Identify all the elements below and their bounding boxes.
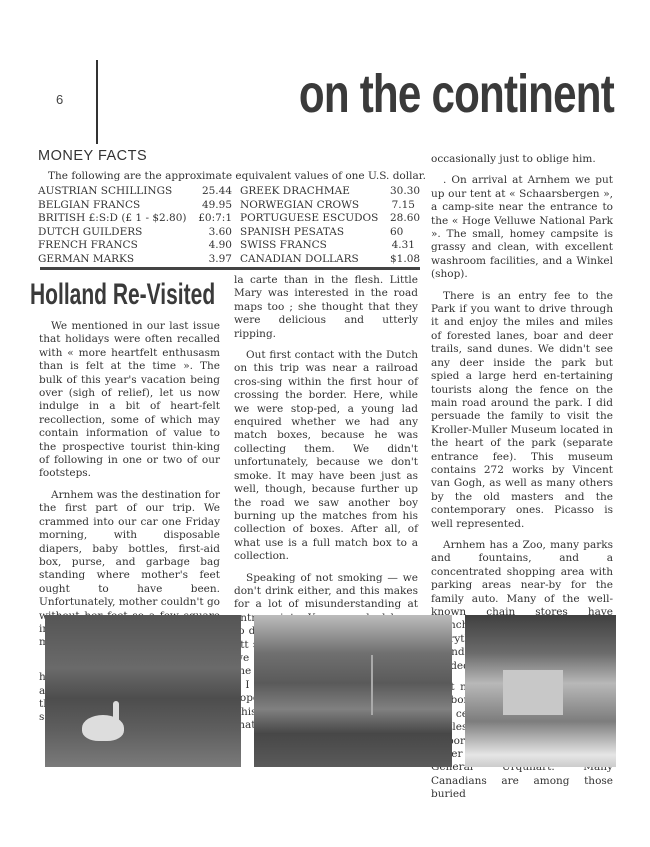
rock-waterfall-photo xyxy=(465,615,616,767)
page-number: 6 xyxy=(56,92,63,107)
currency-value: 30.30 xyxy=(390,185,415,199)
currency-name: AUSTRIAN SCHILLINGS xyxy=(38,185,190,199)
swan-on-pond-photo xyxy=(45,615,241,767)
money-row: BELGIAN FRANCS 49.95 NORWEGIAN CROWS 7.1… xyxy=(38,199,415,213)
currency-value: 60 xyxy=(390,226,415,240)
paragraph: . On arrival at Arnhem we put up our ten… xyxy=(431,174,613,281)
currency-value: 3.97 xyxy=(190,253,232,267)
currency-value: 25.44 xyxy=(190,185,232,199)
currency-name: PORTUGUESE ESCUDOS xyxy=(240,212,390,226)
currency-name: SPANISH PESATAS xyxy=(240,226,390,240)
money-facts-intro: The following are the approximate equiva… xyxy=(48,170,426,182)
currency-name: SWISS FRANCS xyxy=(240,239,390,253)
header-vertical-rule xyxy=(96,60,98,144)
paragraph: Out first contact with the Dutch on this… xyxy=(234,349,418,564)
paragraph: We mentioned in our last issue that holi… xyxy=(39,320,220,481)
currency-value: 49.95 xyxy=(190,199,232,213)
currency-value: 3.60 xyxy=(190,226,232,240)
park-pond-fountain-photo xyxy=(254,615,452,767)
currency-name: FRENCH FRANCS xyxy=(38,239,190,253)
waterfall-shape xyxy=(503,670,563,715)
currency-name: CANADIAN DOLLARS xyxy=(240,253,390,267)
currency-name: GERMAN MARKS xyxy=(38,253,190,267)
paragraph: There is an entry fee to the Park if you… xyxy=(431,290,613,531)
currency-name: BELGIAN FRANCS xyxy=(38,199,190,213)
currency-name: NORWEGIAN CROWS xyxy=(240,199,390,213)
currency-value: 4.31 xyxy=(390,239,415,253)
fountain-jet-shape xyxy=(371,655,373,715)
money-row: GERMAN MARKS 3.97 CANADIAN DOLLARS $1.08 xyxy=(38,253,415,267)
paragraph: la carte than in the flesh. Little Mary … xyxy=(234,274,418,341)
currency-value: 4.90 xyxy=(190,239,232,253)
money-row: BRITISH £:S:D (£ 1 - $2.80) £0:7:1 PORTU… xyxy=(38,212,415,226)
section-headline: on the continent xyxy=(299,62,614,126)
currency-name: DUTCH GUILDERS xyxy=(38,226,190,240)
swan-neck-shape xyxy=(113,701,119,727)
money-row: AUSTRIAN SCHILLINGS 25.44 GREEK DRACHMAE… xyxy=(38,185,415,199)
currency-name: BRITISH £:S:D (£ 1 - $2.80) xyxy=(38,212,190,226)
money-facts-title: MONEY FACTS xyxy=(38,148,147,164)
currency-value: £0:7:1 xyxy=(190,212,232,226)
currency-name: GREEK DRACHMAE xyxy=(240,185,390,199)
currency-value: 7.15 xyxy=(390,199,415,213)
paragraph: occasionally just to oblige him. xyxy=(431,153,613,166)
money-row: DUTCH GUILDERS 3.60 SPANISH PESATAS 60 xyxy=(38,226,415,240)
money-facts-table: AUSTRIAN SCHILLINGS 25.44 GREEK DRACHMAE… xyxy=(38,185,415,266)
money-row: FRENCH FRANCS 4.90 SWISS FRANCS 4.31 xyxy=(38,239,415,253)
article-title: Holland Re-Visited xyxy=(30,270,163,320)
currency-value: 28.60 xyxy=(390,212,415,226)
currency-value: $1.08 xyxy=(390,253,415,267)
